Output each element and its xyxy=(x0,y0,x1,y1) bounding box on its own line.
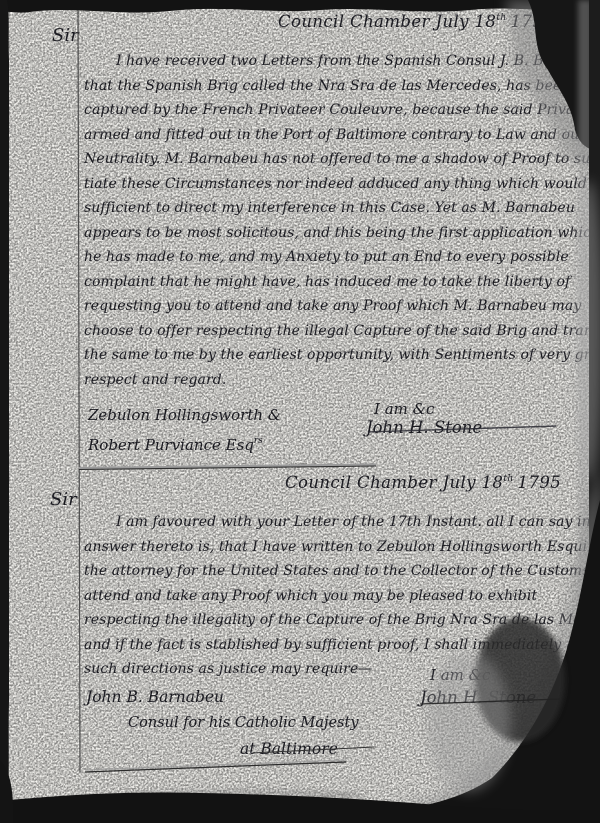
letter1-body-line: respect and regard. xyxy=(84,368,598,393)
letter2-body-line: attend and take any Proof which you may … xyxy=(84,584,598,609)
letter1-addressee: Zebulon Hollingsworth & xyxy=(88,398,281,428)
letter1-body-line: sufficient to direct my interference in … xyxy=(84,196,598,221)
letter1-body-line: complaint that he might have, has induce… xyxy=(84,270,598,295)
letter1-dateline: Council Chamber July 18th1795 xyxy=(278,12,554,31)
letter1-body-line: appears to be most solicitous, and this … xyxy=(84,221,598,246)
letter1-dateline-year: 1795 xyxy=(511,12,555,31)
letter2-addressee-title: Consul for his Catholic Majesty xyxy=(128,710,359,736)
bottom-smudge xyxy=(60,791,360,803)
letter1-body-line: choose to offer respecting the illegal C… xyxy=(84,319,598,344)
letter-divider-rule-shadow xyxy=(79,465,376,469)
letter1-body-line: he has made to me, and my Anxiety to put… xyxy=(84,245,598,270)
letter1-dateline-text: Council Chamber July 18 xyxy=(278,12,496,31)
letter1-body-line: I have received two Letters from the Spa… xyxy=(84,49,598,74)
letter1-dateline-sup: th xyxy=(496,13,506,23)
letter1-signature: John H. Stone xyxy=(366,418,482,437)
letter2-signature: John H. Stone xyxy=(420,688,536,707)
letter1-body: I have received two Letters from the Spa… xyxy=(84,49,598,392)
letter2-dateline-text: Council Chamber July 18 xyxy=(285,473,503,492)
letter1-body-line: requesting you to attend and take any Pr… xyxy=(84,294,598,319)
scanned-document-page: Council Chamber July 18th1795 Sir I have… xyxy=(0,0,600,823)
letter2-body-line: such directions as justice may require— xyxy=(84,657,598,682)
letter-divider-rule xyxy=(79,466,376,470)
left-bottom-stain xyxy=(0,760,13,823)
letter1-salutation: Sir xyxy=(52,25,79,46)
letter2-body-line: respecting the illegality of the Capture… xyxy=(84,608,598,633)
letter2-addressee-name: John B. Barnabeu xyxy=(86,684,224,710)
letter1-body-line: that the Spanish Brig called the Nra Sra… xyxy=(84,74,598,99)
letter2-body-line: the attorney for the United States and t… xyxy=(84,559,598,584)
letter2-dateline: Council Chamber July 18th1795 xyxy=(285,473,561,492)
letter2-salutation: Sir xyxy=(50,489,77,510)
letter1-body-line: the same to me by the earliest opportuni… xyxy=(84,343,598,368)
letter2-body: I am favoured with your Letter of the 17… xyxy=(84,510,598,682)
letter1-body-line: Neutrality. M. Barnabeu has not offered … xyxy=(84,147,598,172)
letter2-addressee-place: at Baltimore xyxy=(240,736,338,762)
bottom-rule xyxy=(85,762,346,772)
letter1-body-line: captured by the French Privateer Couleuv… xyxy=(84,98,598,123)
letter1-body-line: tiate these Circumstances nor indeed add… xyxy=(84,172,598,197)
letter2-body-line: and if the fact is stablished by suffici… xyxy=(84,633,598,658)
letter2-dateline-sup: th xyxy=(503,474,513,484)
letter2-dateline-year: 1795 xyxy=(518,473,562,492)
letter1-addressee: Robert Purviance Esqrs xyxy=(88,428,281,458)
margin-rule xyxy=(78,8,80,772)
letter1-addressees: Zebulon Hollingsworth & Robert Purviance… xyxy=(88,398,281,458)
left-edge-stain xyxy=(0,0,9,823)
letter2-body-line: answer thereto is, that I have written t… xyxy=(84,535,598,560)
letter2-closing: I am &c xyxy=(430,662,490,688)
letter1-body-line: armed and fitted out in the Port of Balt… xyxy=(84,123,598,148)
bottom-edge-stain xyxy=(0,792,600,823)
letter2-body-line: I am favoured with your Letter of the 17… xyxy=(84,510,598,535)
